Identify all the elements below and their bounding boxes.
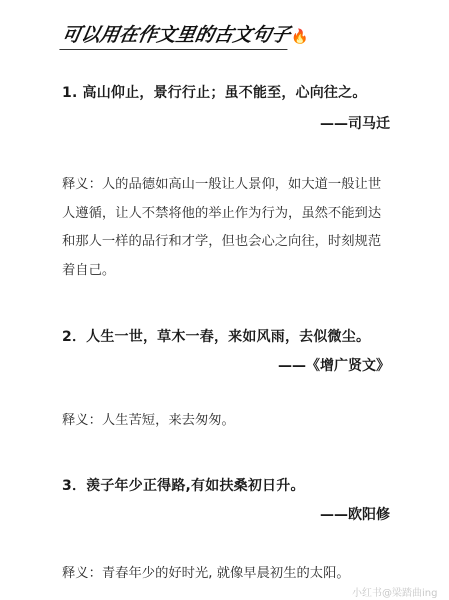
author-3: ——欧阳修 [320, 504, 390, 524]
page-title: 可以用在作文里的古文句子🔥 [62, 20, 308, 50]
quote-2: 2．人生一世，草木一春，来如风雨，去似微尘。 [62, 326, 370, 346]
quote-1: 1. 高山仰止，景行行止；虽不能至，心向往之。 [62, 82, 367, 102]
watermark: 小红书@梁踏曲ing [352, 584, 437, 599]
explanation-1: 释义：人的品德如高山一般让人景仰，如大道一般让世人遵循，让人不禁将他的举止作为行… [62, 171, 392, 285]
title-text: 可以用在作文里的古文句子 [59, 20, 292, 50]
fire-icon: 🔥 [291, 29, 308, 45]
author-2: ——《增广贤文》 [278, 355, 390, 375]
author-1: ——司马迁 [320, 113, 390, 133]
explanation-2: 释义：人生苦短，来去匆匆。 [62, 407, 392, 436]
explanation-3: 释义：青春年少的好时光, 就像早晨初生的太阳。 [62, 560, 392, 589]
quote-3: 3．羡子年少正得路,有如扶桑初日升。 [62, 475, 305, 495]
